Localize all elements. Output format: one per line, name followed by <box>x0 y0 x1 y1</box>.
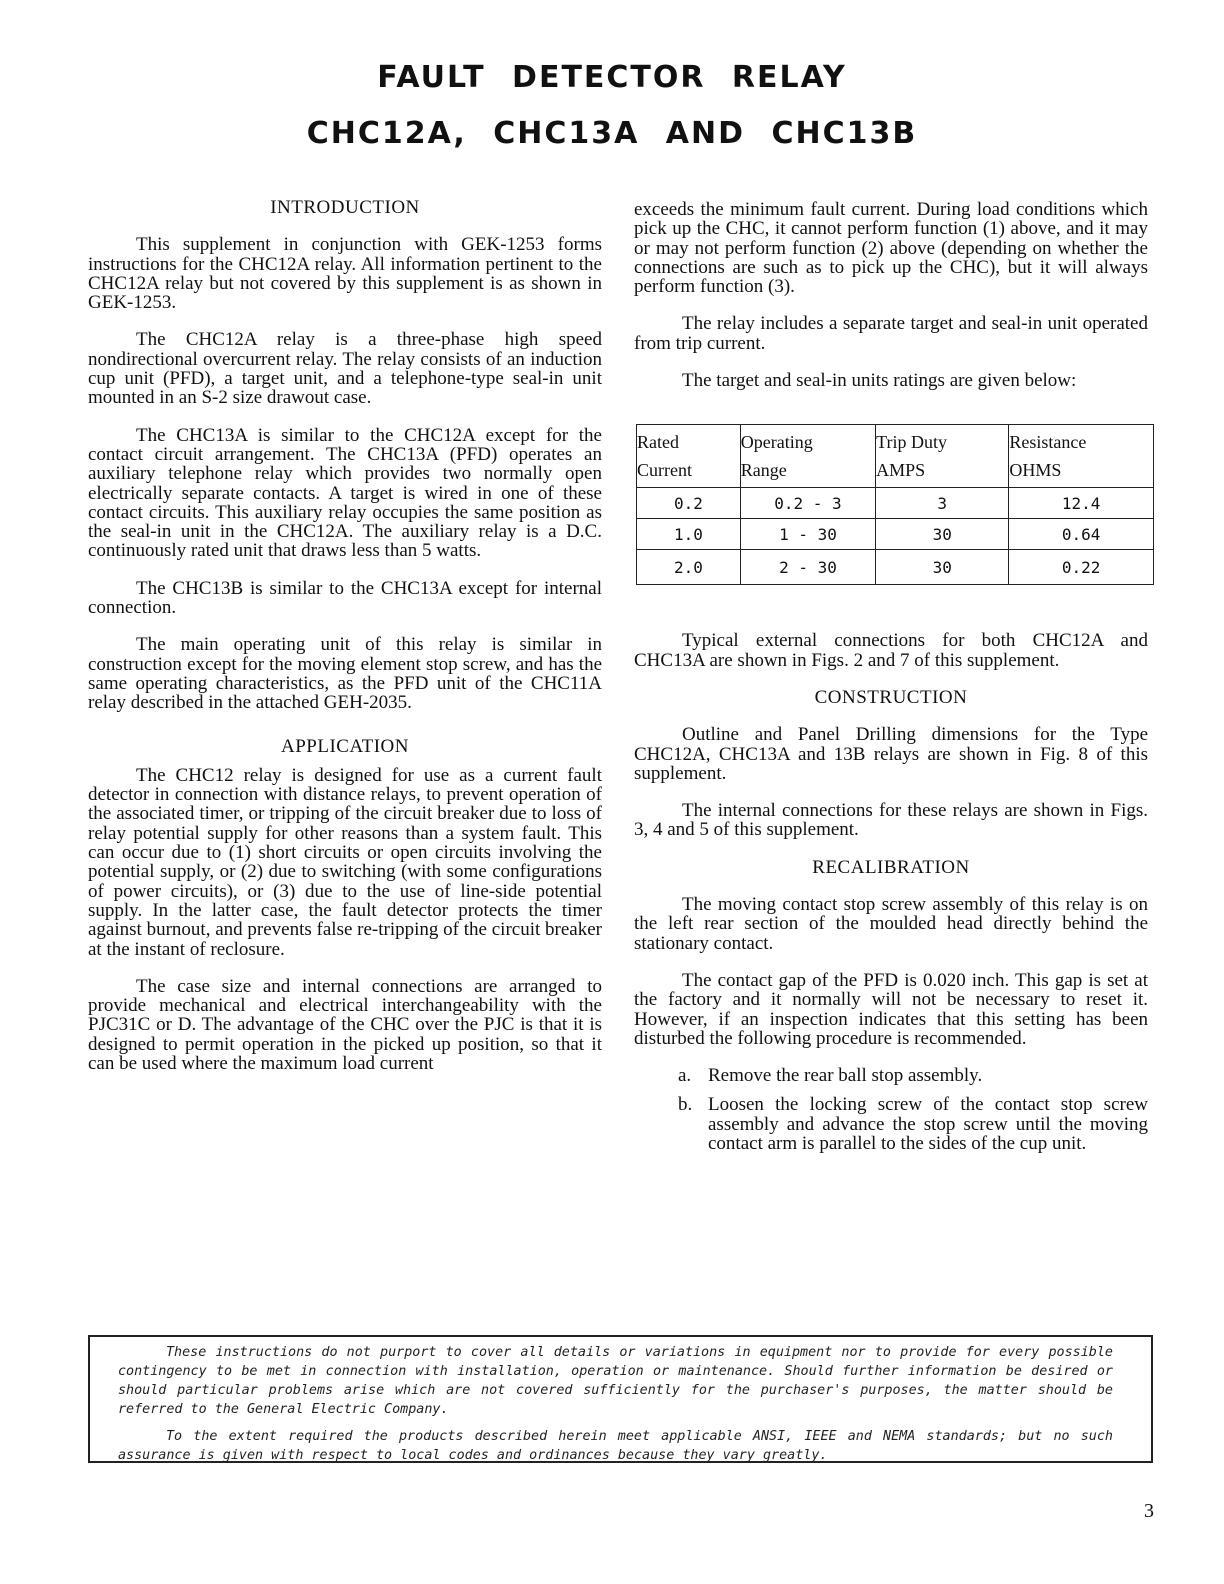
left-column: INTRODUCTION This supplement in conjunct… <box>88 198 602 1091</box>
cell-resistance: 12.4 <box>1009 488 1154 519</box>
ratings-table: RatedCurrent OperatingRange Trip DutyAMP… <box>636 424 1154 585</box>
intro-paragraph: This supplement in conjunction with GEK-… <box>88 235 602 312</box>
right-column: exceeds the minimum fault current. Durin… <box>634 200 1148 1163</box>
cell-resistance: 0.64 <box>1009 519 1154 550</box>
intro-paragraph: The main operating unit of this relay is… <box>88 635 602 712</box>
table-row: 2.0 2 - 30 30 0.22 <box>637 550 1154 585</box>
application-paragraph: The CHC12 relay is designed for use as a… <box>88 766 602 959</box>
cell-trip-duty: 30 <box>876 519 1009 550</box>
header-trip-duty: Trip DutyAMPS <box>876 425 1009 488</box>
ratings-intro-paragraph: The target and seal-in units ratings are… <box>634 371 1148 390</box>
cell-resistance: 0.22 <box>1009 550 1154 585</box>
header-rated-current: RatedCurrent <box>637 425 741 488</box>
procedure-list: a. Remove the rear ball stop assembly. b… <box>634 1066 1148 1153</box>
table-row: 1.0 1 - 30 30 0.64 <box>637 519 1154 550</box>
cell-operating-range: 1 - 30 <box>740 519 875 550</box>
document-title: FAULT DETECTOR RELAY <box>0 60 1224 95</box>
continued-paragraph: exceeds the minimum fault current. Durin… <box>634 200 1148 296</box>
header-resistance: ResistanceOHMS <box>1009 425 1154 488</box>
header-operating-range: OperatingRange <box>740 425 875 488</box>
page-number: 3 <box>1144 1500 1154 1523</box>
introduction-heading: INTRODUCTION <box>88 198 602 217</box>
table-header-row: RatedCurrent OperatingRange Trip DutyAMP… <box>637 425 1154 488</box>
construction-paragraph: The internal connections for these relay… <box>634 801 1148 840</box>
list-text: Remove the rear ball stop assembly. <box>708 1066 1148 1085</box>
application-paragraph: The case size and internal connections a… <box>88 977 602 1073</box>
seal-in-paragraph: The relay includes a separate target and… <box>634 314 1148 353</box>
intro-paragraph: The CHC13A is similar to the CHC12A exce… <box>88 426 602 561</box>
list-text: Loosen the locking screw of the contact … <box>708 1095 1148 1153</box>
recalibration-heading: RECALIBRATION <box>634 858 1148 877</box>
construction-heading: CONSTRUCTION <box>634 688 1148 707</box>
document-subtitle-models: CHC12A, CHC13A AND CHC13B <box>0 116 1224 151</box>
cell-rated-current: 1.0 <box>637 519 741 550</box>
standards-paragraph: To the extent required the products desc… <box>118 1427 1113 1465</box>
cell-operating-range: 2 - 30 <box>740 550 875 585</box>
table-row: 0.2 0.2 - 3 3 12.4 <box>637 488 1154 519</box>
cell-trip-duty: 30 <box>876 550 1009 585</box>
list-item: a. Remove the rear ball stop assembly. <box>634 1066 1148 1085</box>
external-connections-paragraph: Typical external connections for both CH… <box>634 631 1148 670</box>
cell-operating-range: 0.2 - 3 <box>740 488 875 519</box>
disclaimer-box: These instructions do not purport to cov… <box>88 1335 1153 1463</box>
cell-rated-current: 0.2 <box>637 488 741 519</box>
application-heading: APPLICATION <box>88 737 602 756</box>
recalibration-paragraph: The moving contact stop screw assembly o… <box>634 895 1148 953</box>
list-marker: b. <box>678 1095 708 1153</box>
construction-paragraph: Outline and Panel Drilling dimensions fo… <box>634 725 1148 783</box>
intro-paragraph: The CHC12A relay is a three-phase high s… <box>88 330 602 407</box>
list-item: b. Loosen the locking screw of the conta… <box>634 1095 1148 1153</box>
disclaimer-paragraph: These instructions do not purport to cov… <box>118 1343 1113 1419</box>
recalibration-paragraph: The contact gap of the PFD is 0.020 inch… <box>634 971 1148 1048</box>
intro-paragraph: The CHC13B is similar to the CHC13A exce… <box>88 579 602 618</box>
cell-rated-current: 2.0 <box>637 550 741 585</box>
list-marker: a. <box>678 1066 708 1085</box>
cell-trip-duty: 3 <box>876 488 1009 519</box>
